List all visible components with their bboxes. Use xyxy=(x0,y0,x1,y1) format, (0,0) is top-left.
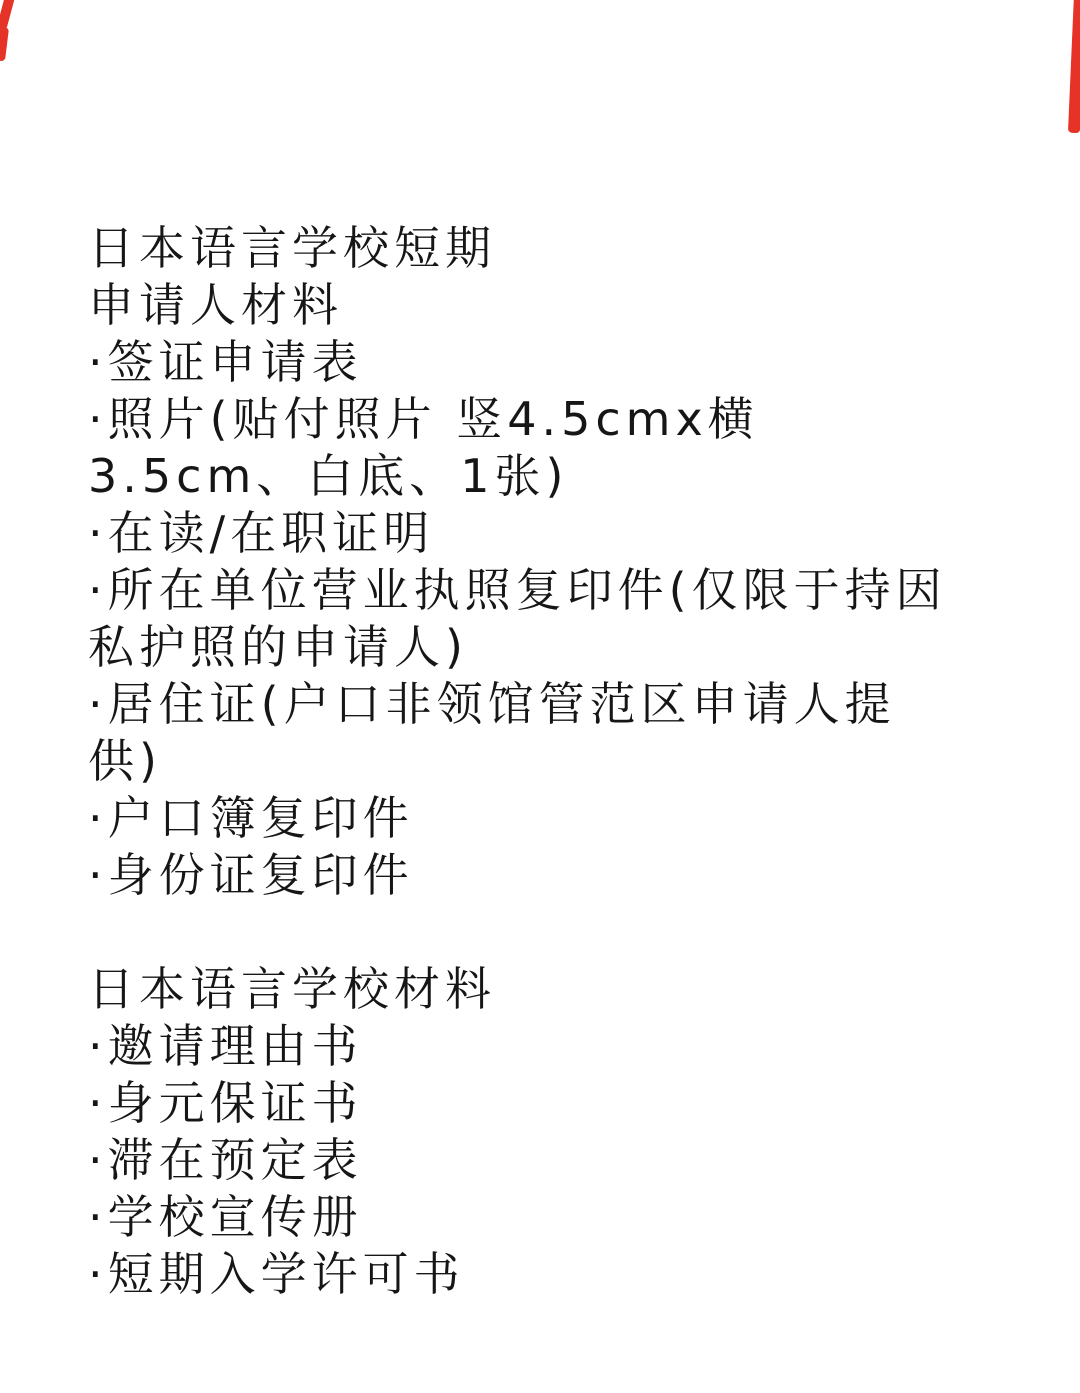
red-annotation-mark-left-edge-icon xyxy=(0,27,9,62)
bullet-identity-guarantee-letter: ·身元保证书 xyxy=(88,1075,1040,1132)
bullet-study-employment-cert: ·在读/在职证明 xyxy=(88,505,1040,562)
bullet-invitation-reason-letter: ·邀请理由书 xyxy=(88,1018,1040,1075)
bullet-business-license-line-1: ·所在单位营业执照复印件(仅限于持因 xyxy=(88,562,1040,619)
red-annotation-mark-top-right-icon xyxy=(1068,0,1080,133)
bullet-photo-line-2: 3.5cm、白底、1张) xyxy=(88,448,1040,505)
applicant-title-line-1: 日本语言学校短期 xyxy=(88,220,1040,277)
page: 日本语言学校短期 申请人材料 ·签证申请表 ·照片(贴付照片 竖4.5cmx横 … xyxy=(0,0,1080,1393)
bullet-photo-line-1: ·照片(贴付照片 竖4.5cmx横 xyxy=(88,391,1040,448)
school-section-title: 日本语言学校材料 xyxy=(88,961,1040,1018)
bullet-id-card-copy: ·身份证复印件 xyxy=(88,847,1040,904)
document-text: 日本语言学校短期 申请人材料 ·签证申请表 ·照片(贴付照片 竖4.5cmx横 … xyxy=(88,220,1040,1303)
bullet-household-register-copy: ·户口簿复印件 xyxy=(88,790,1040,847)
bullet-residence-permit-line-1: ·居住证(户口非领馆管范区申请人提 xyxy=(88,676,1040,733)
school-materials-section: 日本语言学校材料 ·邀请理由书 ·身元保证书 ·滞在预定表 ·学校宣传册 ·短期… xyxy=(88,961,1040,1303)
bullet-residence-permit-line-2: 供) xyxy=(88,733,1040,790)
bullet-short-term-admission-permit: ·短期入学许可书 xyxy=(88,1246,1040,1303)
applicant-title-line-2: 申请人材料 xyxy=(88,277,1040,334)
applicant-materials-section: 日本语言学校短期 申请人材料 ·签证申请表 ·照片(贴付照片 竖4.5cmx横 … xyxy=(88,220,1040,904)
bullet-business-license-line-2: 私护照的申请人) xyxy=(88,619,1040,676)
bullet-school-brochure: ·学校宣传册 xyxy=(88,1189,1040,1246)
bullet-stay-schedule: ·滞在预定表 xyxy=(88,1132,1040,1189)
bullet-visa-application-form: ·签证申请表 xyxy=(88,334,1040,391)
